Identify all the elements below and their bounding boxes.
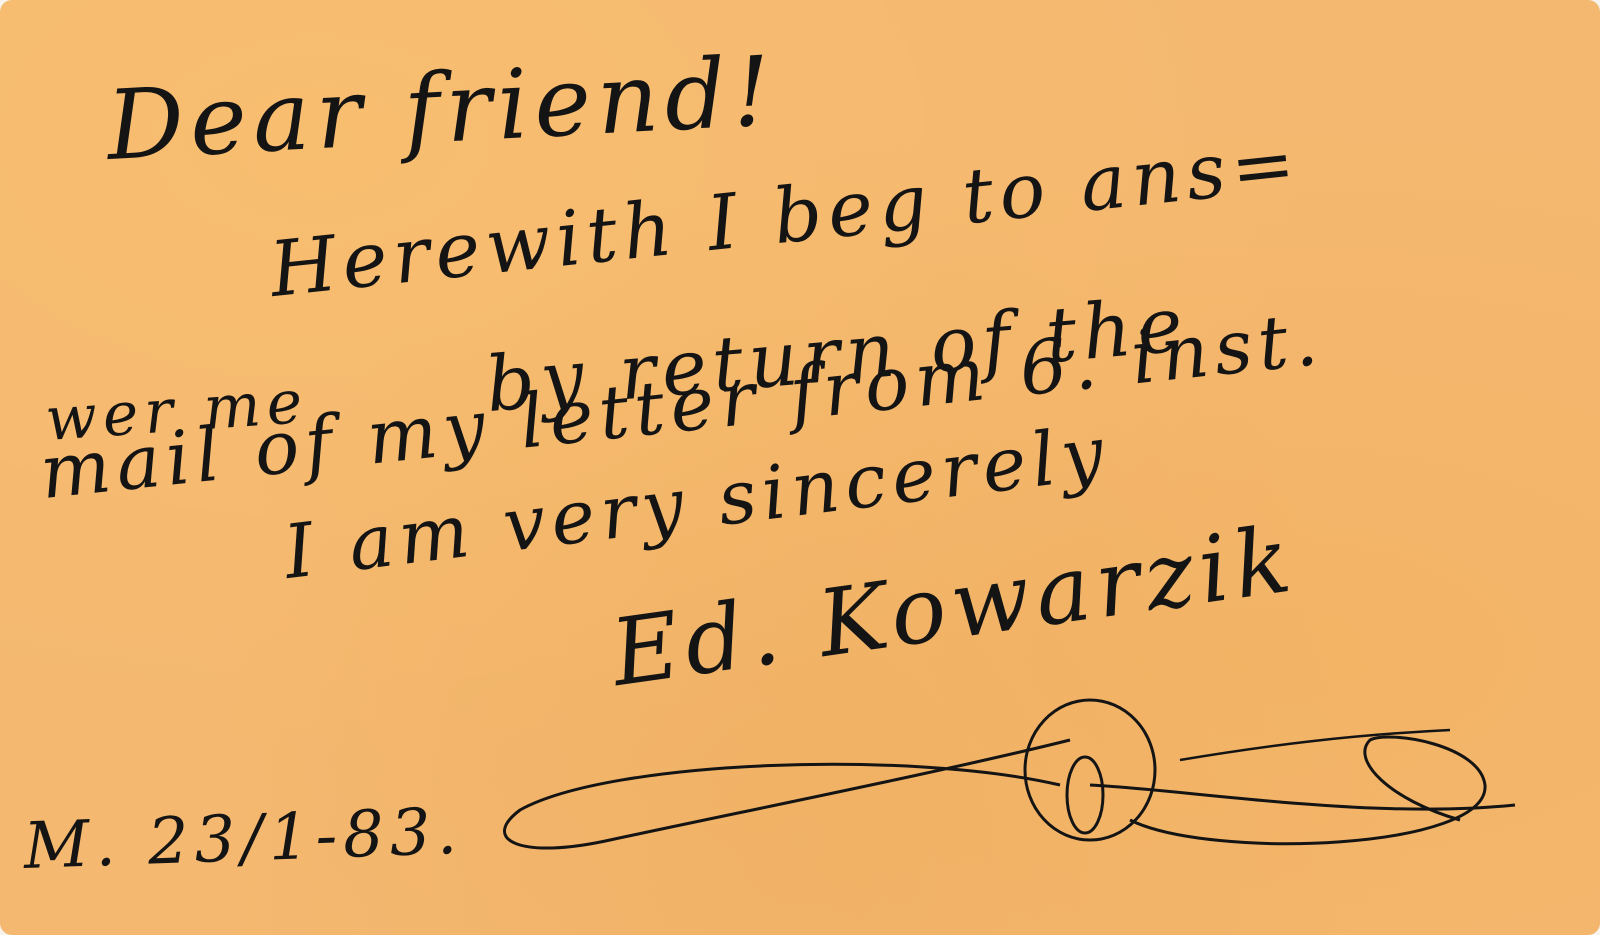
postcard: Dear friend! Herewith I beg to ans= wer … xyxy=(0,0,1600,935)
date-line: M. 23/1-83. xyxy=(22,795,464,884)
salutation: Dear friend! xyxy=(104,35,779,182)
signature-flourish-icon xyxy=(490,690,1550,870)
